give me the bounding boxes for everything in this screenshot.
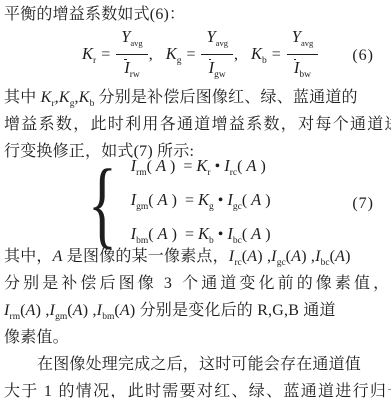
equation-6-body: Kr=YavgIrw,Kg=YavgIgw,Kb=YavgIbw [82, 27, 319, 84]
math-subscript: avg [301, 38, 313, 48]
paragraph-normalization: 在图像处理完成之后，这时可能会存在通道值 大于 1 的情况，此时需要对红、绿、蓝… [4, 351, 386, 398]
math-subscript: g [177, 56, 182, 66]
math-subscript: rm [136, 169, 147, 179]
math-var: I [209, 58, 215, 77]
left-brace: { [88, 167, 117, 241]
text-run: • [211, 158, 225, 175]
math-var: K [79, 89, 90, 106]
math-var: A [251, 224, 261, 243]
fraction-numerator: Yavg [201, 27, 232, 55]
text-line: 增益系数，此时利用各通道增益系数，对每个通道进 [4, 111, 386, 138]
text-run: 大于 1 的情况，此时需要对红、绿、蓝通道进行归一 [4, 383, 391, 398]
math-subscript: rc [230, 169, 237, 179]
text-run: ) = [168, 226, 198, 243]
fraction-denominator: Igw [201, 55, 232, 84]
equals-sign: = [101, 46, 110, 63]
separator-comma: , [234, 46, 238, 63]
intro-line: 平衡的增益系数如式(6)： [4, 2, 386, 27]
text-line: 其中 Kr,Kg,Kb 分别是补偿后图像红、绿、蓝通道的 [4, 84, 386, 111]
eq6-term-r: Kr=YavgIrw [82, 46, 149, 63]
math-subscript: bc [321, 258, 330, 268]
math-subscript: rm [10, 312, 21, 322]
text-line: Irm(A) ,Igm(A) ,Ibm(A) 分别是变化后的 R,G,B 通道 [4, 297, 386, 324]
math-var: K [198, 190, 209, 209]
overbar-var: I [209, 59, 215, 77]
text-run: ) 分别是变化后的 R,G,B 通道 [130, 302, 336, 319]
eq6-term-g: Kg=YavgIgw [166, 46, 234, 63]
math-var: A [291, 248, 301, 265]
math-subscript: bm [136, 236, 148, 246]
equation-6: Kr=YavgIrw,Kg=YavgIgw,Kb=YavgIbw (6) [4, 27, 386, 84]
text-run: ( [147, 158, 156, 175]
text-run: ( [242, 192, 251, 209]
text-line: 像素值。 [4, 324, 386, 351]
eq7-line-r: Irm( A ) = Kr • Irc( A ) [131, 153, 271, 187]
text-run: ) , [36, 302, 50, 319]
text-run: ) [261, 226, 270, 243]
fraction-denominator: Ibw [287, 55, 318, 84]
text-run: 像素值。 [4, 329, 69, 346]
eq6-term-b: Kb=YavgIbw [251, 46, 319, 63]
math-var: K [166, 44, 177, 63]
math-var: K [59, 89, 70, 106]
math-var: A [73, 302, 83, 319]
math-subscript: rc [234, 258, 241, 268]
math-var: K [198, 224, 209, 243]
text-run: 分别是补偿后图像 3 个通道变化前的像素值， [4, 275, 391, 292]
math-var: Y [292, 27, 301, 46]
math-subscript: avg [130, 38, 142, 48]
fraction-numerator: Yavg [116, 27, 147, 55]
text-run: ) = [166, 158, 196, 175]
text-run: 其中 [4, 89, 41, 106]
math-var: A [246, 156, 256, 175]
text-run: ) = [168, 192, 198, 209]
separator-comma: , [149, 46, 153, 63]
math-var: K [196, 156, 207, 175]
text-run: 分别是补偿后图像红、绿、蓝通道的 [94, 89, 357, 106]
fraction: YavgIbw [287, 27, 318, 84]
overbar-var: I [294, 59, 300, 77]
text-run: ) [257, 158, 266, 175]
math-subscript: b [262, 56, 267, 66]
equation-7-lines: Irm( A ) = Kr • Irc( A ) Igm( A ) = Kg •… [131, 153, 271, 254]
math-var: A [26, 302, 36, 319]
text-run: ) , [83, 302, 97, 319]
math-var: K [251, 44, 262, 63]
text-run: • [214, 226, 228, 243]
paragraph-pixel-values: 其中，A 是图像的某一像素点，Irc(A) ,Igc(A) ,Ibc(A) 分别… [4, 243, 386, 351]
text-run: • [214, 192, 228, 209]
text-run: ( [148, 192, 157, 209]
math-var: A [158, 190, 168, 209]
document-page: 平衡的增益系数如式(6)： Kr=YavgIrw,Kg=YavgIgw,Kb=Y… [0, 0, 391, 398]
text-run: 在图像处理完成之后，这时可能会存在通道值 [37, 356, 361, 373]
math-var: A [335, 248, 345, 265]
math-subscript: avg [216, 38, 228, 48]
eq7-line-g: Igm( A ) = Kg • Igc( A ) [131, 187, 271, 221]
math-subscript: gc [233, 202, 242, 212]
math-var: K [41, 89, 52, 106]
text-run: 平衡的增益系数如式(6)： [4, 6, 185, 23]
equals-sign: = [272, 46, 281, 63]
overbar-var: I [124, 59, 130, 77]
text-line: 分别是补偿后图像 3 个通道变化前的像素值， [4, 270, 386, 297]
math-var: A [251, 190, 261, 209]
equals-sign: = [186, 46, 195, 63]
text-run: 其中， [4, 248, 53, 265]
text-run: 增益系数，此时利用各通道增益系数，对每个通道进 [4, 116, 391, 133]
fraction-denominator: Irw [116, 55, 147, 84]
math-var: Y [206, 27, 215, 46]
fraction: YavgIrw [116, 27, 147, 84]
math-subscript: bm [102, 312, 114, 322]
math-subscript: bw [299, 70, 311, 80]
equation-7-body: { Irm( A ) = Kr • Irc( A ) Igm( A ) = Kg… [88, 153, 271, 254]
equation-6-number: (6) [352, 47, 374, 65]
math-var: I [124, 58, 130, 77]
math-subscript: rw [130, 70, 140, 80]
math-var: A [156, 156, 166, 175]
math-var: A [53, 248, 63, 265]
text-run: ( [242, 226, 251, 243]
math-var: I [294, 58, 300, 77]
text-run: ) [345, 248, 351, 265]
text-line: 在图像处理完成之后，这时可能会存在通道值 [4, 351, 386, 378]
eq7-line-b: Ibm( A ) = Kb • Ibc( A ) [131, 221, 271, 255]
text-line: 大于 1 的情况，此时需要对红、绿、蓝通道进行归一 [4, 378, 386, 398]
math-subscript: gw [214, 70, 226, 80]
text-run: ) , [301, 248, 315, 265]
math-subscript: gm [55, 312, 67, 322]
equation-7: { Irm( A ) = Kr • Irc( A ) Igm( A ) = Kg… [4, 165, 386, 243]
math-subscript: r [93, 56, 96, 66]
math-subscript: gc [277, 258, 286, 268]
equation-7-number: (7) [352, 195, 374, 213]
math-var: A [120, 302, 130, 319]
math-var: K [82, 44, 93, 63]
fraction-numerator: Yavg [287, 27, 318, 55]
text-run: ) [261, 192, 270, 209]
math-subscript: gm [136, 202, 148, 212]
text-run: ( [148, 226, 157, 243]
fraction: YavgIgw [201, 27, 232, 84]
math-subscript: bc [233, 236, 242, 246]
math-var: A [158, 224, 168, 243]
